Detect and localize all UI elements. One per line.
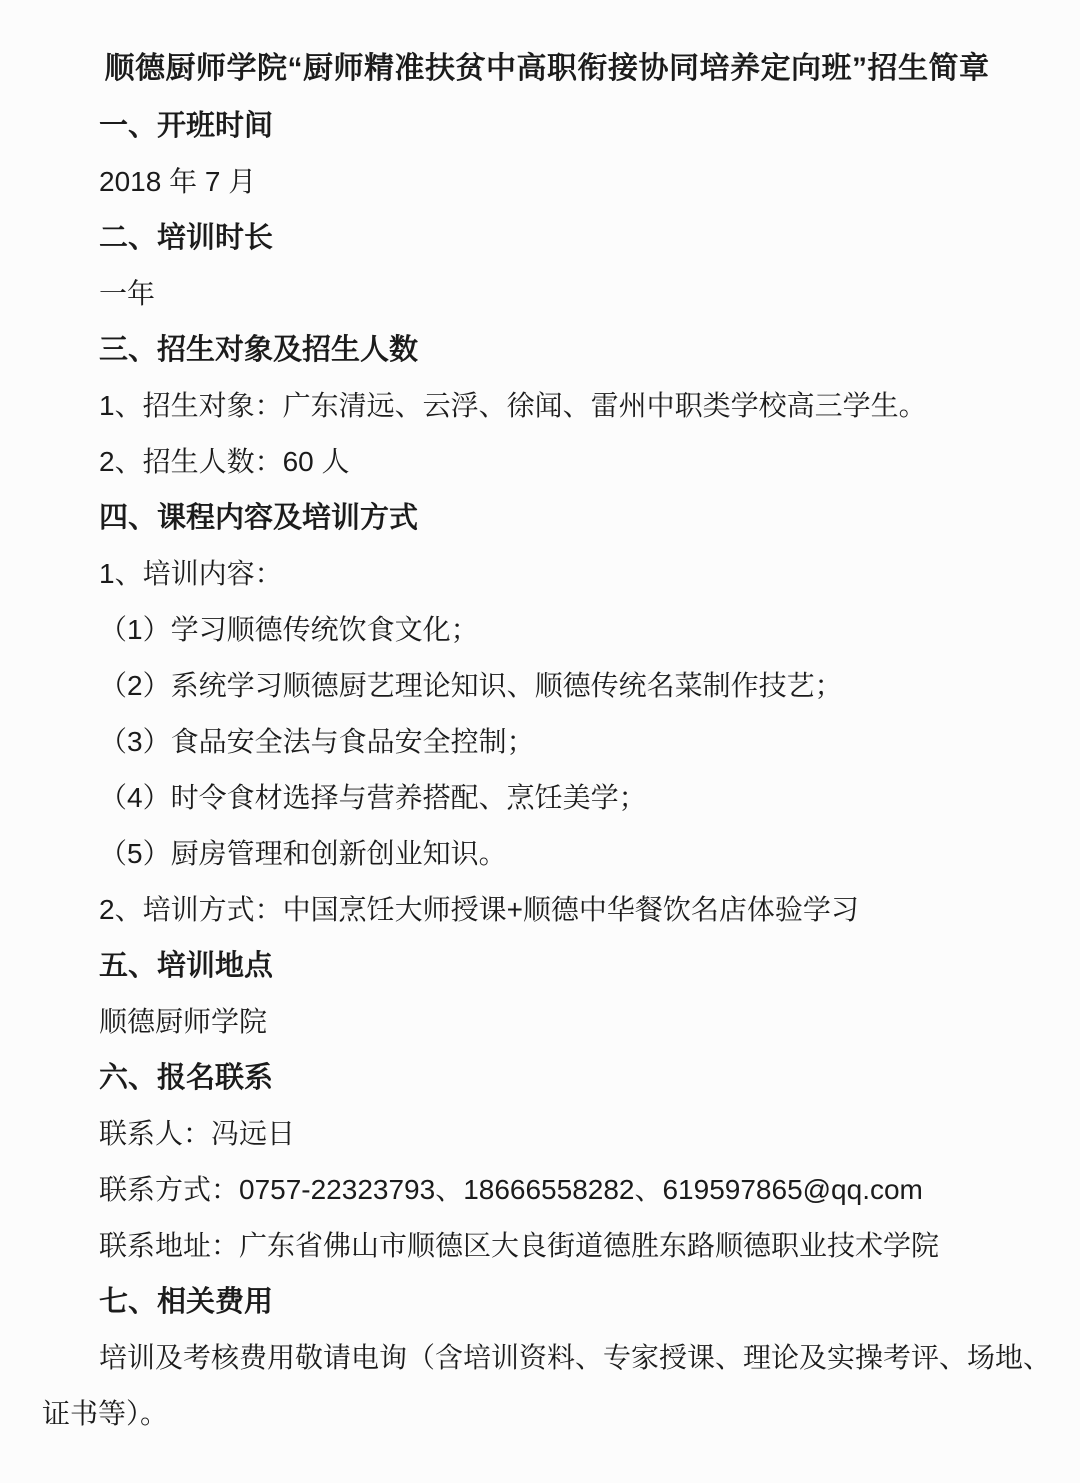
document-page: 顺德厨师学院“厨师精准扶贫中高职衔接协同培养定向班”招生简章 一、开班时间 20… <box>0 0 1080 1483</box>
section-location: 五、培训地点 顺德厨师学院 <box>42 938 1052 1050</box>
paragraph-contact-address: 联系地址：广东省佛山市顺德区大良街道德胜东路顺德职业技术学院 <box>42 1218 1052 1274</box>
section-contact: 六、报名联系 联系人：冯远日 联系方式：0757-22323793、186665… <box>42 1050 1052 1274</box>
paragraph-training-item-3: （3）食品安全法与食品安全控制； <box>42 714 1052 770</box>
paragraph-duration: 一年 <box>42 266 1052 322</box>
paragraph-start-time: 2018 年 7 月 <box>42 154 1052 210</box>
paragraph-enrollment-target: 1、招生对象：广东清远、云浮、徐闻、雷州中职类学校高三学生。 <box>42 378 1052 434</box>
paragraph-training-item-2: （2）系统学习顺德厨艺理论知识、顺德传统名菜制作技艺； <box>42 658 1052 714</box>
section-heading-contact: 六、报名联系 <box>42 1050 1052 1106</box>
section-enrollment: 三、招生对象及招生人数 1、招生对象：广东清远、云浮、徐闻、雷州中职类学校高三学… <box>42 322 1052 490</box>
document-title: 顺德厨师学院“厨师精准扶贫中高职衔接协同培养定向班”招生简章 <box>42 40 1052 98</box>
paragraph-training-item-4: （4）时令食材选择与营养搭配、烹饪美学； <box>42 770 1052 826</box>
section-heading-location: 五、培训地点 <box>42 938 1052 994</box>
paragraph-training-item-1: （1）学习顺德传统饮食文化； <box>42 602 1052 658</box>
paragraph-training-content-label: 1、培训内容： <box>42 546 1052 602</box>
section-duration: 二、培训时长 一年 <box>42 210 1052 322</box>
section-start-time: 一、开班时间 2018 年 7 月 <box>42 98 1052 210</box>
paragraph-fees: 培训及考核费用敬请电询（含培训资料、专家授课、理论及实操考评、场地、证书等）。 <box>42 1330 1052 1442</box>
paragraph-contact-phone: 联系方式：0757-22323793、18666558282、619597865… <box>42 1162 1052 1218</box>
section-heading-curriculum: 四、课程内容及培训方式 <box>42 490 1052 546</box>
paragraph-training-item-5: （5）厨房管理和创新创业知识。 <box>42 826 1052 882</box>
paragraph-enrollment-count: 2、招生人数：60 人 <box>42 434 1052 490</box>
section-curriculum: 四、课程内容及培训方式 1、培训内容： （1）学习顺德传统饮食文化； （2）系统… <box>42 490 1052 938</box>
section-heading-start-time: 一、开班时间 <box>42 98 1052 154</box>
paragraph-location: 顺德厨师学院 <box>42 994 1052 1050</box>
section-heading-enrollment: 三、招生对象及招生人数 <box>42 322 1052 378</box>
section-heading-fees: 七、相关费用 <box>42 1274 1052 1330</box>
section-heading-duration: 二、培训时长 <box>42 210 1052 266</box>
paragraph-contact-person: 联系人：冯远日 <box>42 1106 1052 1162</box>
section-fees: 七、相关费用 培训及考核费用敬请电询（含培训资料、专家授课、理论及实操考评、场地… <box>42 1274 1052 1442</box>
paragraph-training-method: 2、培训方式：中国烹饪大师授课+顺德中华餐饮名店体验学习 <box>42 882 1052 938</box>
